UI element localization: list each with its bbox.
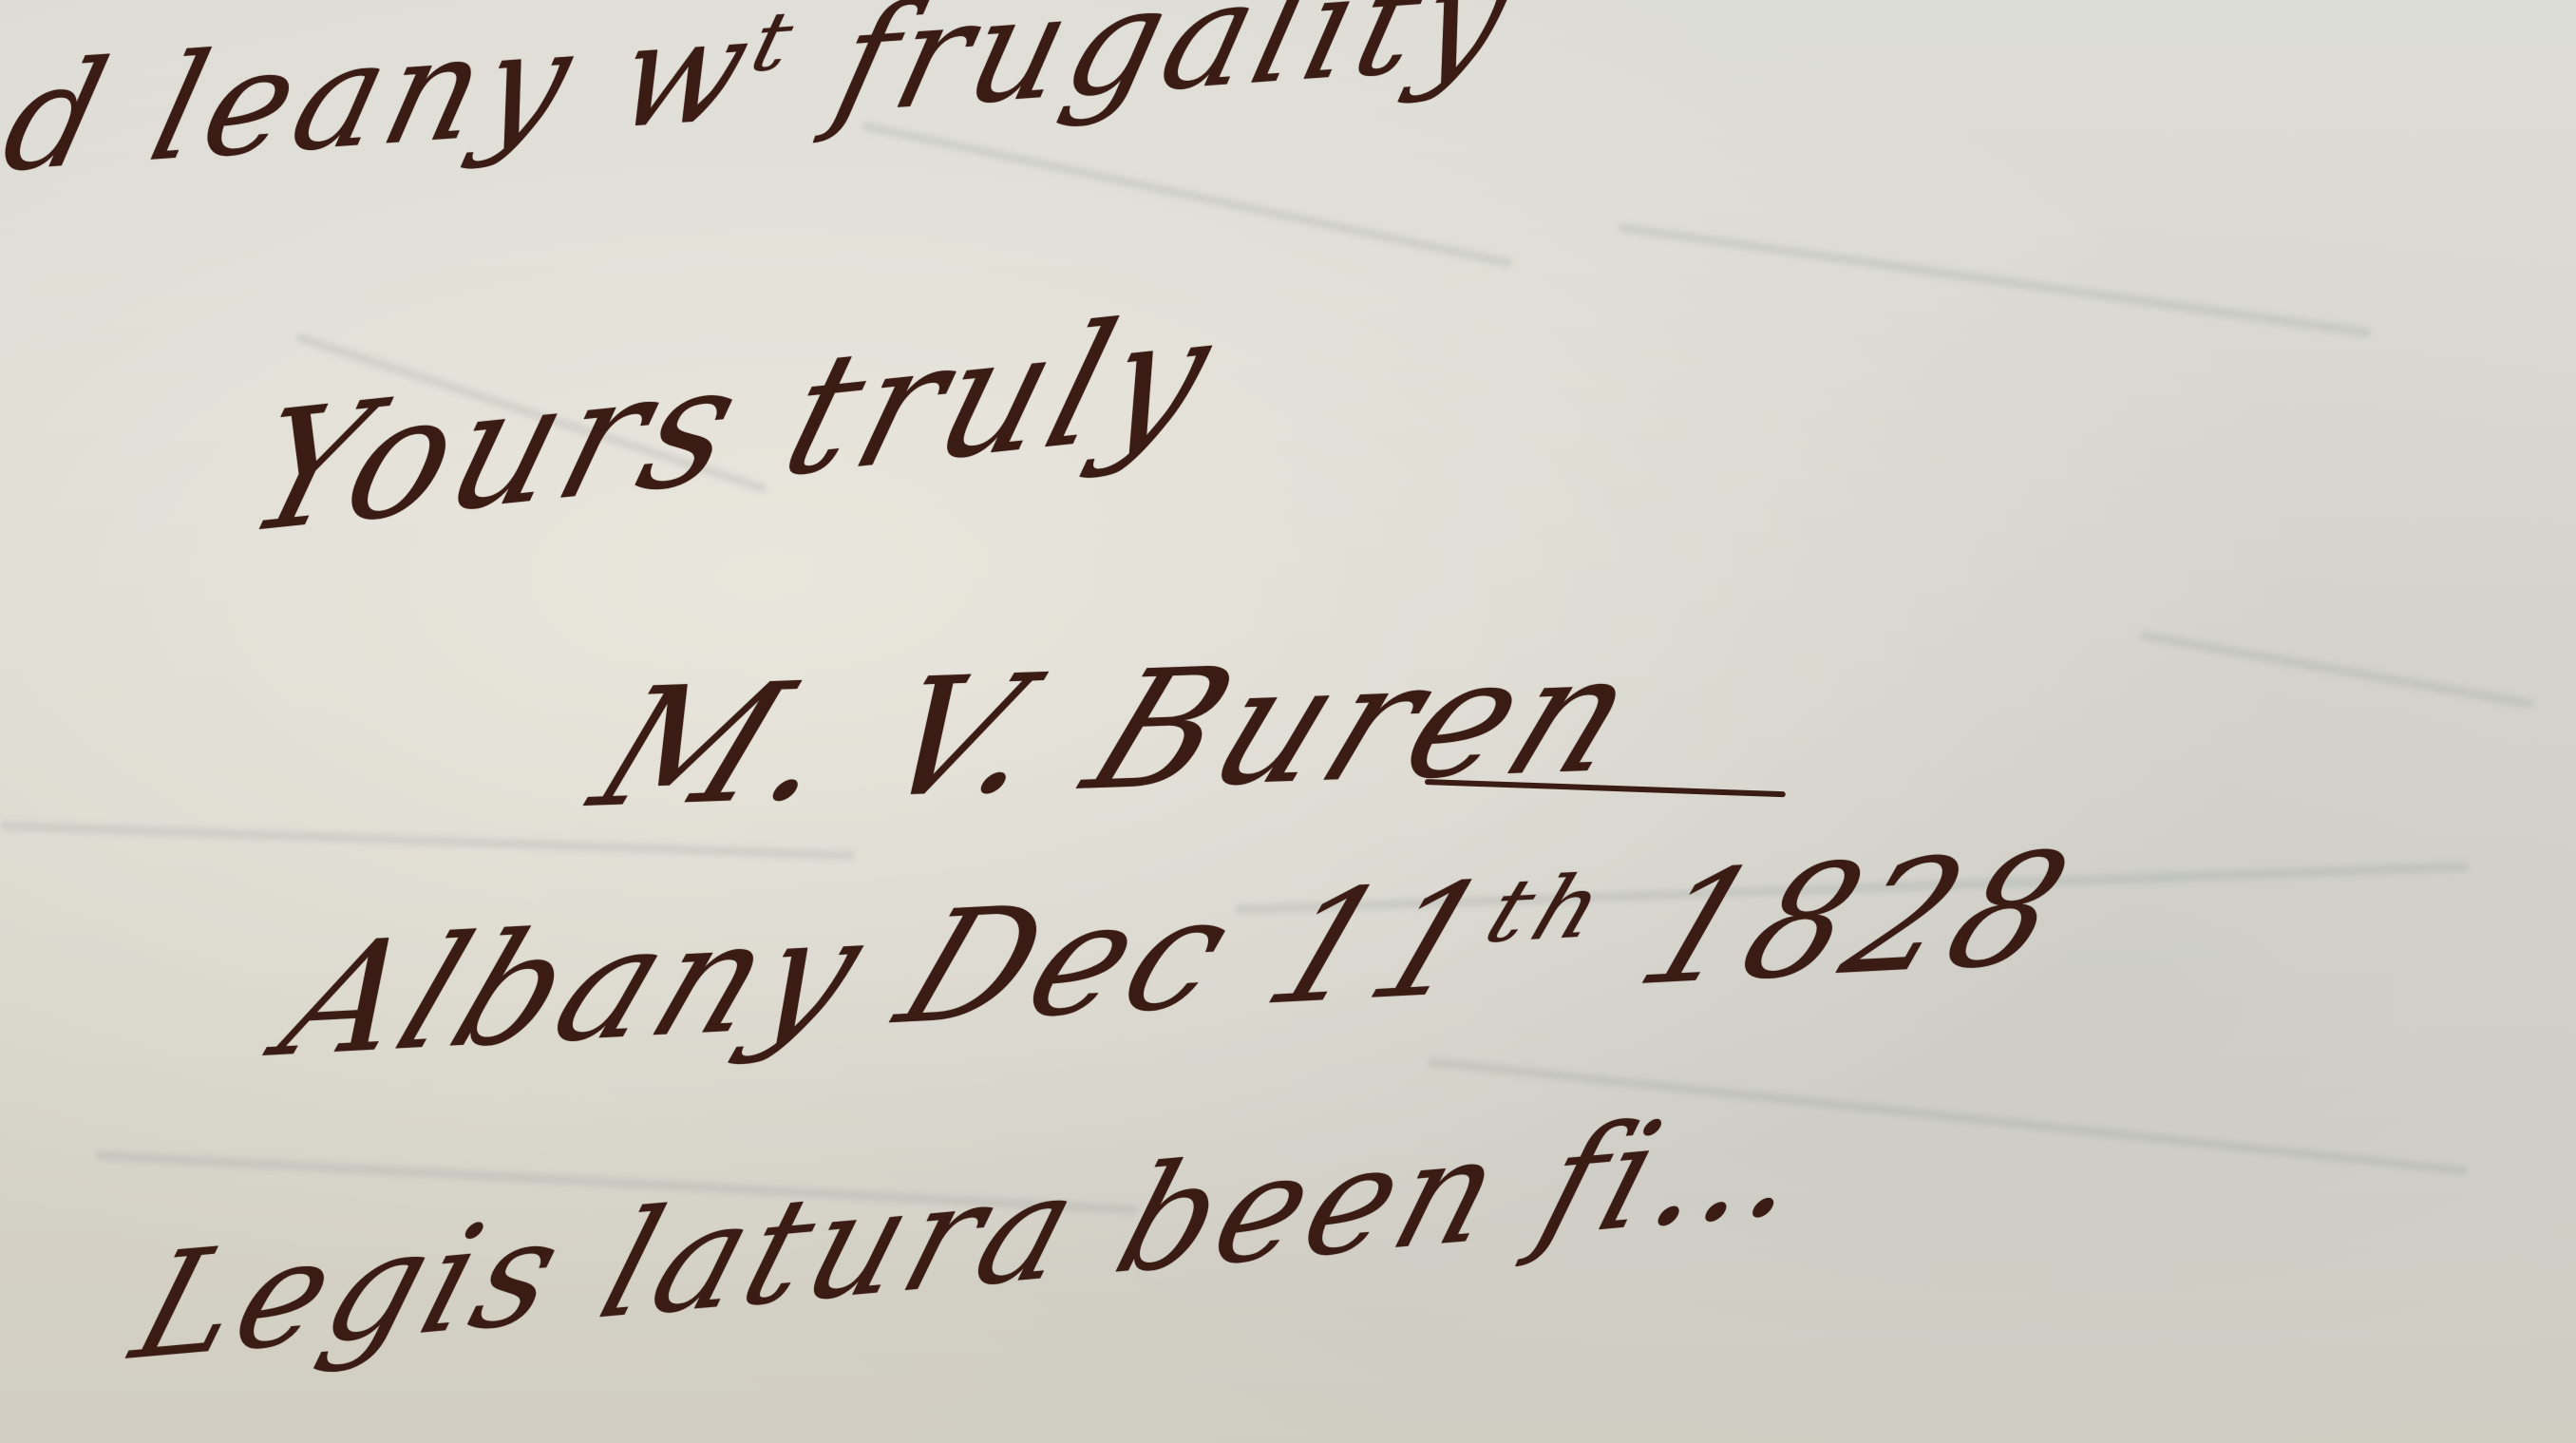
postscript-line: Legis latura been fi… (117, 1077, 1832, 1394)
letter-line-1: d leany wᵗ frugality (0, 0, 1529, 205)
place-and-date: Albany Dec 11ᵗʰ 1828 (259, 817, 2095, 1092)
show-through-stroke (1618, 222, 2372, 337)
show-through-stroke (2139, 631, 2533, 710)
signature: M. V. Buren (569, 618, 1667, 845)
letter-page: d leany wᵗ frugality Yours truly M. V. B… (0, 0, 2576, 1443)
closing-yours-truly: Yours truly (229, 276, 1237, 572)
show-through-stroke (862, 121, 1514, 268)
